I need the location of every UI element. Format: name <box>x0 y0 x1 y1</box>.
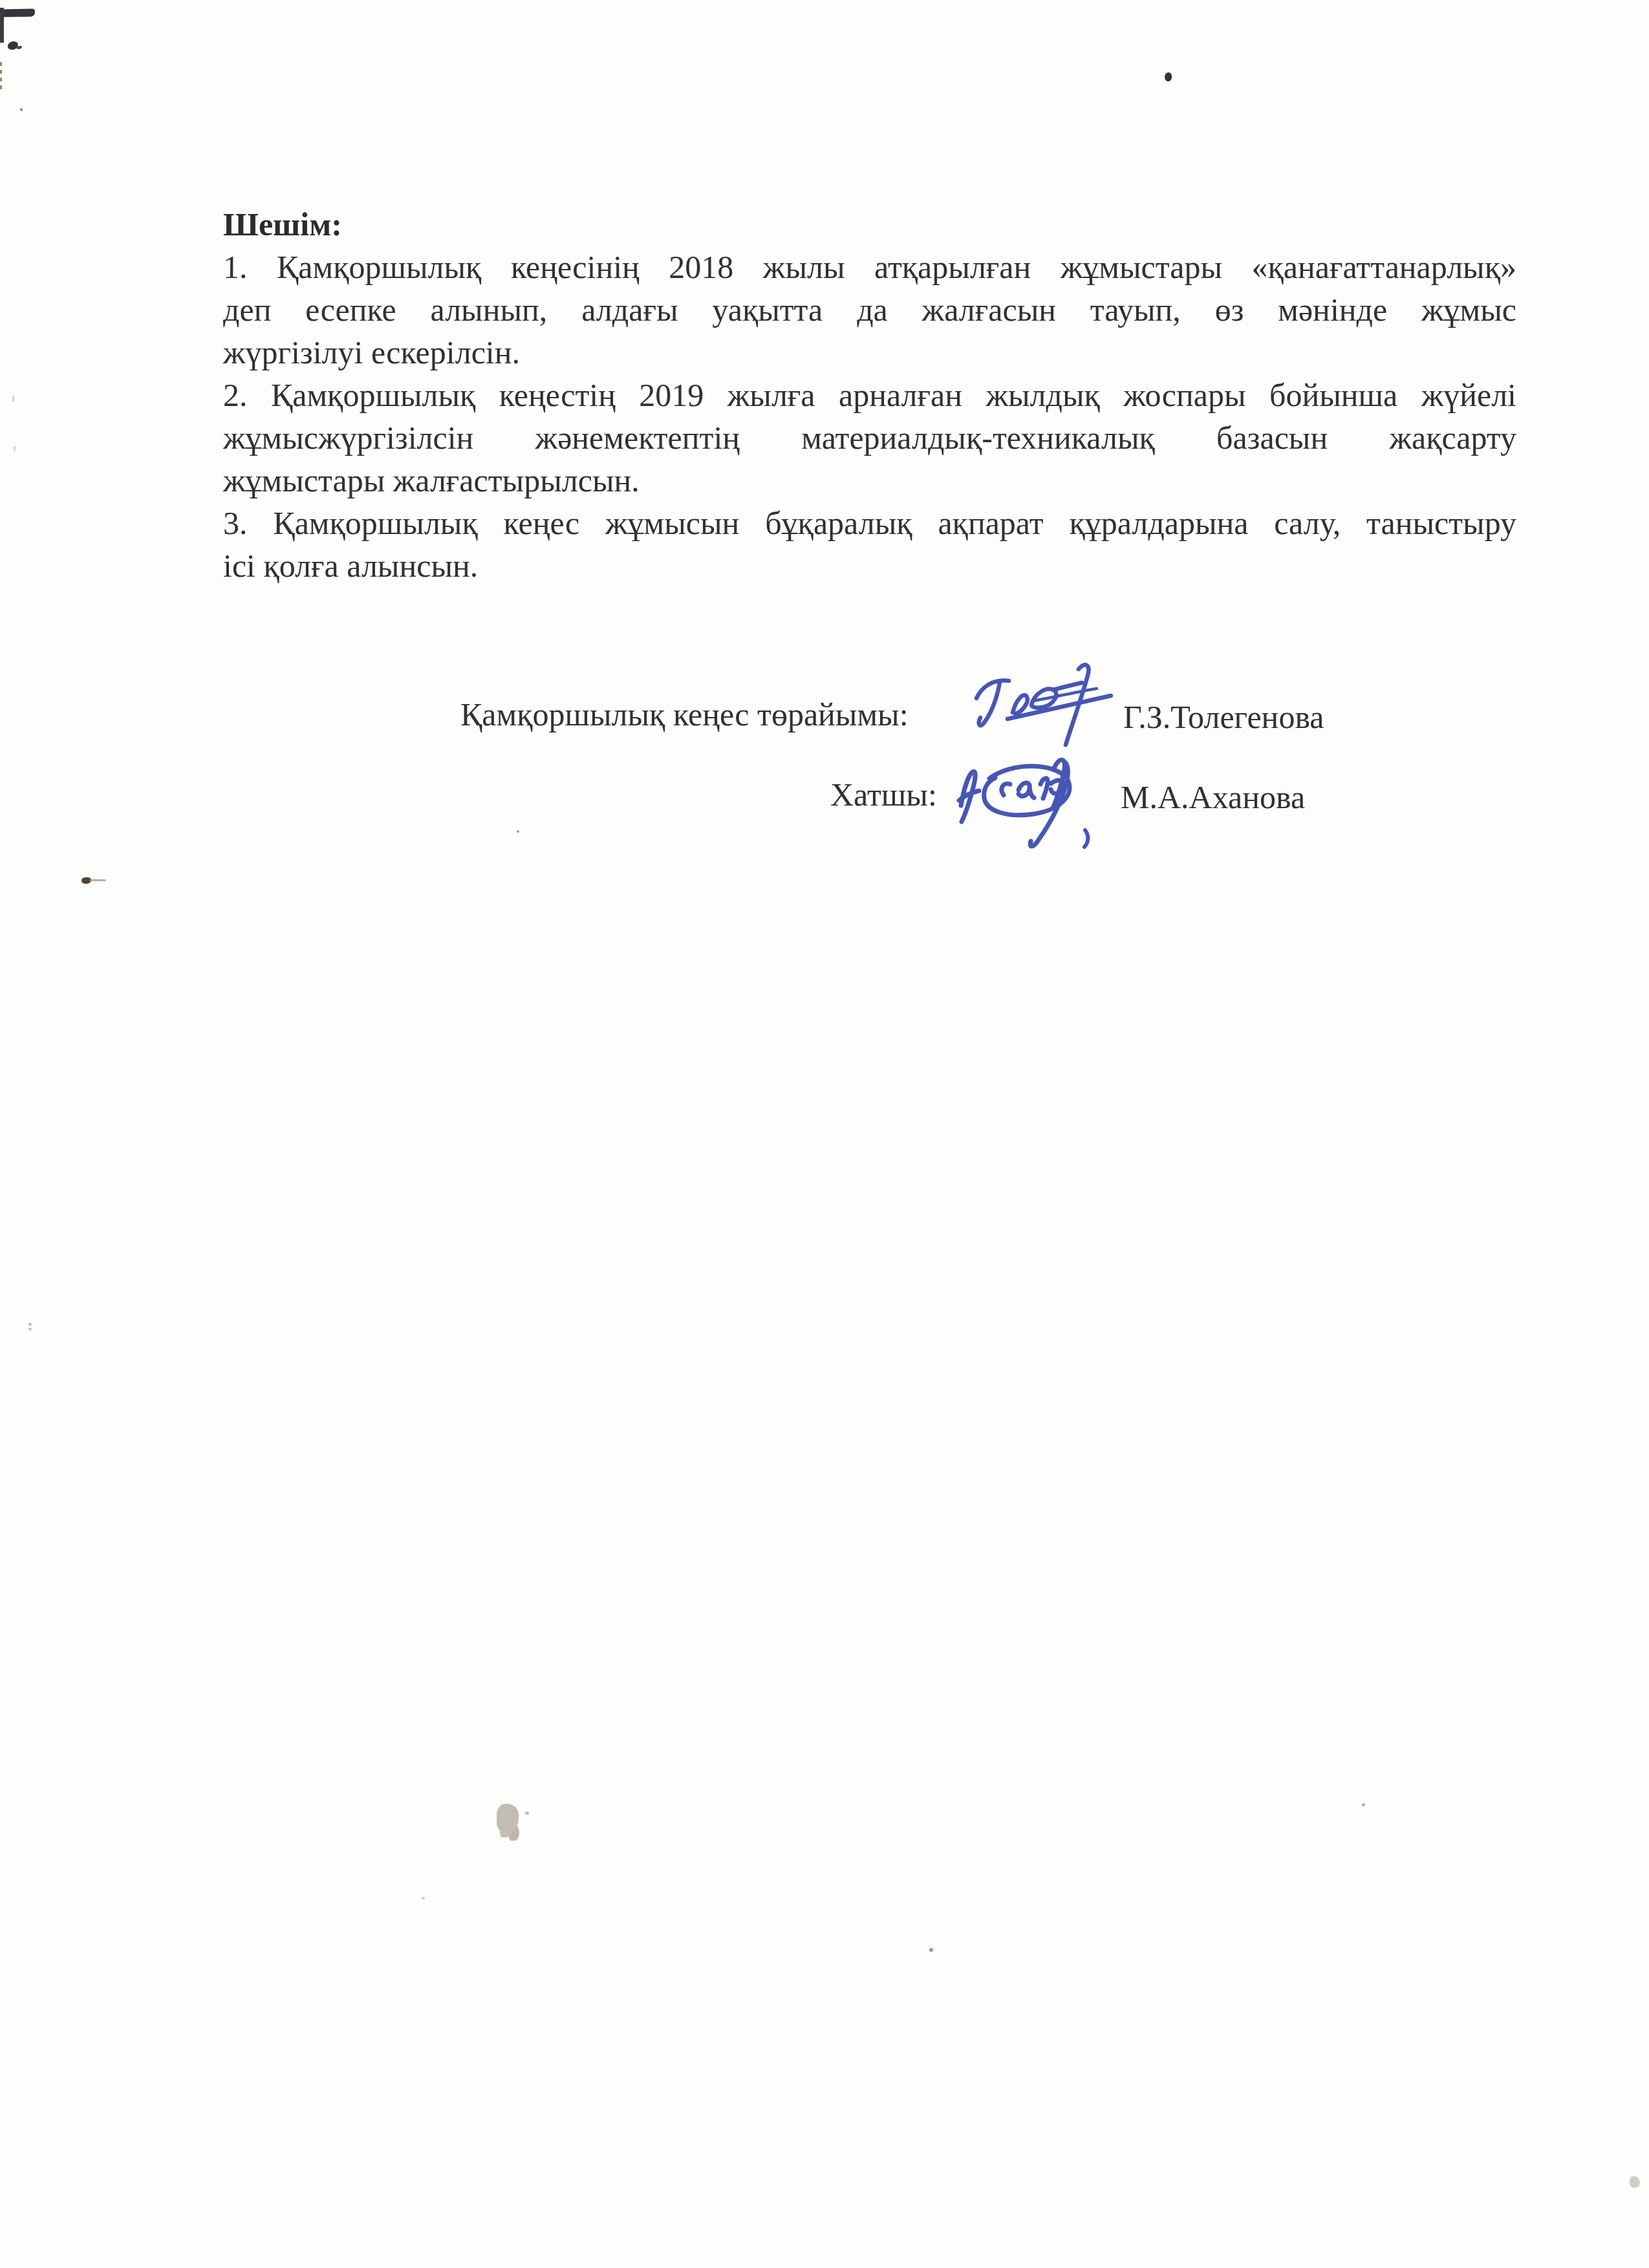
scan-artifact-smudge-satellite-2 <box>422 1897 425 1899</box>
scan-artifact-margin-mark-tail <box>89 879 106 881</box>
secretary-signature-ink <box>956 744 1114 860</box>
paragraph-2-line-2: жұмысжүргізілсін жәнемектептің материалд… <box>223 416 1516 459</box>
decision-heading: Шешім: <box>223 203 1516 246</box>
paragraph-2-line-3: жұмыстары жалғастырылсын. <box>223 459 1516 502</box>
scan-artifact-corner-horizontal <box>0 9 35 17</box>
paragraph-3-line-1: 3. Қамқоршылық кеңес жұмысын бұқаралық а… <box>223 502 1516 544</box>
scan-artifact-corner-vertical <box>0 8 4 43</box>
scan-artifact-edge-dashes <box>0 62 2 91</box>
scan-artifact-smudge <box>497 1804 519 1832</box>
chairperson-signature-name: Г.З.Толегенова <box>1123 696 1324 738</box>
paragraph-3-line-2: ісі қолға алынсын. <box>223 544 1516 587</box>
scan-artifact-faint-colon <box>28 1323 32 1331</box>
paragraph-1-line-3: жүргізілуі ескерілсін. <box>223 331 1516 374</box>
scan-artifact-margin-dash-1 <box>12 396 14 401</box>
chairperson-signature-label: Қамқоршылық кеңес төрайымы: <box>460 693 909 736</box>
paragraph-1-line-2: деп есепке алынып, алдағы уақытта да жал… <box>223 288 1516 331</box>
scan-artifact-speck-topright <box>1165 72 1172 81</box>
scan-artifact-dot-left <box>20 108 23 111</box>
paragraph-1-line-1: 1. Қамқоршылық кеңесінің 2018 жылы атқар… <box>223 246 1516 288</box>
scan-artifact-corner-bottomright <box>1630 2176 1640 2188</box>
paragraph-2-line-1: 2. Қамқоршылық кеңестің 2019 жылға арнал… <box>223 374 1516 416</box>
scan-artifact-speck-topleft <box>8 41 18 50</box>
scan-artifact-dot-middle <box>517 830 519 833</box>
scan-artifact-dot-bottom <box>929 1948 933 1952</box>
secretary-signature-label: Хатшы: <box>830 773 937 816</box>
scan-artifact-margin-dash-2 <box>14 446 16 451</box>
scan-artifact-dot-right <box>1362 1803 1365 1806</box>
scan-artifact-margin-mark-head <box>81 877 91 884</box>
scanned-document-page: Шешім: 1. Қамқоршылық кеңесінің 2018 жыл… <box>0 0 1649 2268</box>
scan-artifact-smudge-satellite-1 <box>525 1812 529 1815</box>
secretary-signature-name: М.А.Аханова <box>1121 776 1305 818</box>
decision-section: Шешім: 1. Қамқоршылық кеңесінің 2018 жыл… <box>223 203 1516 587</box>
